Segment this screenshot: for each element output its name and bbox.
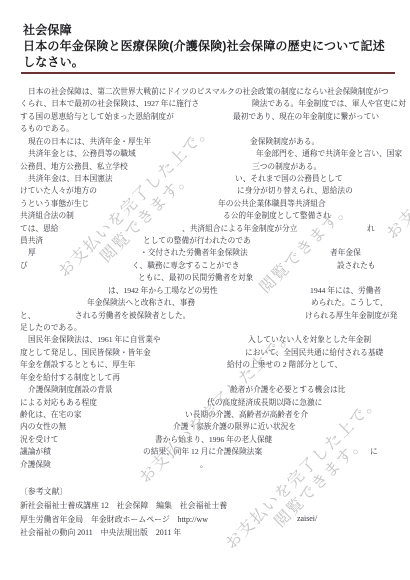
body-line: うという事態が生じ年の公共企業体職員等共済組合 (0, 198, 410, 211)
text-fragment: 〔参考文献〕 (20, 486, 67, 497)
body-line: 厚・交付された労働者年金保険法者年金保 (0, 247, 410, 260)
text-fragment: 年金保険法へと改称され、事務 (87, 297, 195, 308)
document-page: 社会保障 日本の年金保険と医療保険(介護保険)社会保障の歴史について記述しなさい… (0, 0, 410, 580)
body-line: 共済組合法の制る公的年金制度として整備され (0, 210, 410, 223)
body-line: による対応もある程度代の高度経済成長期以降に急激に (0, 397, 410, 410)
text-fragment: 設されたも (337, 260, 375, 271)
text-fragment: 険法である。年金制度では、軍人や官吏に対 (252, 98, 406, 109)
text-fragment: 入していない人を対象とした年金制 (248, 334, 371, 345)
body-line: 年金を創設するとともに、厚生年給付の上乗せの 2 階部分として、 (0, 359, 410, 372)
text-fragment: けられる厚生年金制度が発 (305, 310, 397, 321)
body-line: 介護保険。 (0, 459, 410, 472)
text-fragment: る公的年金制度として整備され (223, 210, 331, 221)
text-fragment: と、 (20, 310, 35, 321)
body-line: 介護保険制度創設の背景齢者が介護を必要とする機会は比 (0, 384, 410, 397)
body-line: 日本の社会保障は、第二次世界大戦前にドイツのビスマルクの社会政策の制度にならい社… (0, 86, 410, 99)
text-fragment: に (370, 446, 378, 457)
body-line: びく、職務に専念することができ設されたも (0, 260, 410, 273)
text-fragment: 介護保険制度創設の背景 (28, 384, 113, 395)
text-fragment: 共済年金とは、公務員等の職域 (28, 148, 136, 159)
body-line: ともに、最初の民間労働者を対象 (0, 272, 410, 285)
text-fragment: 。 (200, 459, 208, 470)
text-fragment: び (20, 260, 28, 271)
text-fragment: 者年金保 (330, 247, 361, 258)
text-fragment: 共済組合法の制 (20, 210, 74, 221)
text-fragment: としての整備が行われたのであ (143, 235, 251, 246)
text-fragment: ・交付された労働者年金保険法 (140, 247, 248, 258)
text-fragment: する国の恩恵給与として始まった恩給制度が (20, 111, 174, 122)
text-fragment: 況を受けて (20, 434, 58, 445)
text-fragment: 社会福祉の動向 2011 中央法規出版 2011 年 (20, 527, 181, 538)
body-line: 年金保険法へと改称され、事務められた。こうして、 (0, 297, 410, 310)
text-fragment: 書から始まり、1996 年の老人保健 (155, 434, 272, 445)
text-fragment: い長期の介護、高齢者が高齢者を介 (185, 409, 308, 420)
text-fragment: ともに、最初の民間労働者を対象 (138, 272, 253, 283)
body-line: 共済年金とは、公務員等の職域年金部門を、通称で共済年金と言い、国家 (0, 148, 410, 161)
title-rule (21, 72, 395, 74)
text-fragment: 厚生労働省年金局 年金財政ホームページ http://ww (20, 514, 208, 525)
text-fragment: 公務員、地方公務員、私立学校 (20, 161, 128, 172)
body-line: は、1942 年から工場などの男性1944 年には、労働者 (0, 285, 410, 298)
body-line: 国民年金保険法は、1961 年に自営業や入していない人を対象とした年金制 (0, 334, 410, 347)
text-fragment: く、職務に専念することができ (132, 260, 239, 271)
text-fragment: い、それまで国の公務員として (235, 173, 343, 184)
text-fragment: の結果、同年 12 月に介護保険法案 (143, 446, 262, 457)
text-fragment: 1944 年には、労働者 (310, 285, 381, 296)
text-fragment: zaisei/ (297, 514, 317, 523)
text-fragment: 年金部門を、通称で共済年金と言い、国家 (256, 148, 402, 159)
body-line: るものである。 (0, 123, 410, 136)
body-line: と、される労働者を被保険者とした。けられる厚生年金制度が発 (0, 310, 410, 323)
text-fragment: 共済年金は、日本国憲法 (28, 173, 113, 184)
text-fragment: 度として発足し、国民皆保険・皆年金 (20, 347, 151, 358)
body-line: 齢化は、在宅の家い長期の介護、高齢者が高齢者を介 (0, 409, 410, 422)
text-fragment: 内の女性の無 (20, 421, 66, 432)
body-line: 況を受けて書から始まり、1996 年の老人保健 (0, 434, 410, 447)
text-fragment: 日本の社会保障は、第二次世界大戦前にドイツのビスマルクの社会政策の制度にならい社… (28, 86, 389, 97)
text-fragment: される労働者を被保険者とした。 (75, 310, 190, 321)
body-line: 議論が積の結果、同年 12 月に介護保険法案に (0, 446, 410, 459)
reference-line: 〔参考文献〕 (0, 486, 410, 499)
text-fragment: 員共済 (20, 235, 43, 246)
text-fragment: 足したのである。 (20, 322, 82, 333)
body-line: する国の恩恵給与として始まった恩給制度が最初であり、現在の年金制度に繋がってい (0, 111, 410, 124)
body-line: 公務員、地方公務員、私立学校三つの制度がある。 (0, 161, 410, 174)
text-fragment: 現在の日本には、共済年金・厚生年 (28, 136, 151, 147)
text-fragment: 国民年金保険法は、1961 年に自営業や (28, 334, 161, 345)
text-fragment: 代の高度経済成長期以降に急激に (207, 397, 322, 408)
text-fragment: けていた人々が地方の (20, 185, 97, 196)
text-fragment: 給付の上乗せの 2 階部分として、 (227, 359, 342, 370)
body-line: 員共済としての整備が行われたのであ (0, 235, 410, 248)
text-fragment: 齢化は、在宅の家 (20, 409, 82, 420)
body-line: 足したのである。 (0, 322, 410, 335)
text-fragment: 介護保険 (20, 459, 51, 470)
text-fragment: 厚 (28, 247, 36, 258)
text-fragment: に身分が切り替えられ、恩給法の (237, 185, 353, 196)
body-line: 現在の日本には、共済年金・厚生年金保険制度がある。 (0, 136, 410, 149)
body-line: くられ、日本で最初の社会保険は、1927 年に施行さ険法である。年金制度では、軍… (0, 98, 410, 111)
body-line: ては、恩給、共済組合による年金制度が分立れ (0, 223, 410, 236)
body-line: 年金を給付する制度として再 (0, 372, 410, 385)
text-fragment: 議論が積 (20, 446, 51, 457)
page-title: 社会保障 (23, 22, 395, 38)
text-fragment: は、1942 年から工場などの男性 (108, 285, 218, 296)
text-fragment: くられ、日本で最初の社会保険は、1927 年に施行さ (20, 98, 199, 109)
reference-line: 厚生労働省年金局 年金財政ホームページ http://wwzaisei/ (0, 514, 410, 527)
body-line: 内の女性の無介護・家族介護の限界に近い状況を (0, 421, 410, 434)
text-fragment: 、共済組合による年金制度が分立 (182, 223, 297, 234)
reference-line: 社会福祉の動向 2011 中央法規出版 2011 年 (0, 527, 410, 540)
text-fragment: 年金を創設するとともに、厚生年 (20, 359, 135, 370)
text-fragment: 年の公共企業体職員等共済組合 (218, 198, 326, 209)
text-fragment: 齢者が介護を必要とする機会は比 (230, 384, 345, 395)
text-fragment: 新社会福祉士養成講座 12 社会保障 編集 社会福祉士養 (20, 500, 227, 511)
text-fragment: うという事態が生じ (20, 198, 89, 209)
reference-line: 新社会福祉士養成講座 12 社会保障 編集 社会福祉士養 (0, 500, 410, 513)
text-fragment: められた。こうして、 (311, 297, 388, 308)
text-fragment: 三つの制度がある。 (252, 161, 321, 172)
text-fragment: 最初であり、現在の年金制度に繋がってい (233, 111, 379, 122)
text-fragment: 年金を給付する制度として再 (20, 372, 120, 383)
text-fragment: による対応もある程度 (20, 397, 97, 408)
text-fragment: 金保険制度がある。 (250, 136, 319, 147)
body-line: 共済年金は、日本国憲法い、それまで国の公務員として (0, 173, 410, 186)
body-line: 度として発足し、国民皆保険・皆年金において、全国民共通に給付される基礎 (0, 347, 410, 360)
text-fragment: 介護・家族介護の限界に近い状況を (173, 421, 296, 432)
text-fragment: ては、恩給 (20, 223, 58, 234)
title-block: 社会保障 日本の年金保険と医療保険(介護保険)社会保障の歴史について記述しなさい… (23, 22, 395, 70)
text-fragment: れ (367, 223, 375, 234)
text-fragment: るものである。 (20, 123, 74, 134)
text-fragment: において、全国民共通に給付される基礎 (245, 347, 383, 358)
body-line: けていた人々が地方のに身分が切り替えられ、恩給法の (0, 185, 410, 198)
question-text: 日本の年金保険と医療保険(介護保険)社会保障の歴史について記述しなさい。 (23, 38, 395, 70)
